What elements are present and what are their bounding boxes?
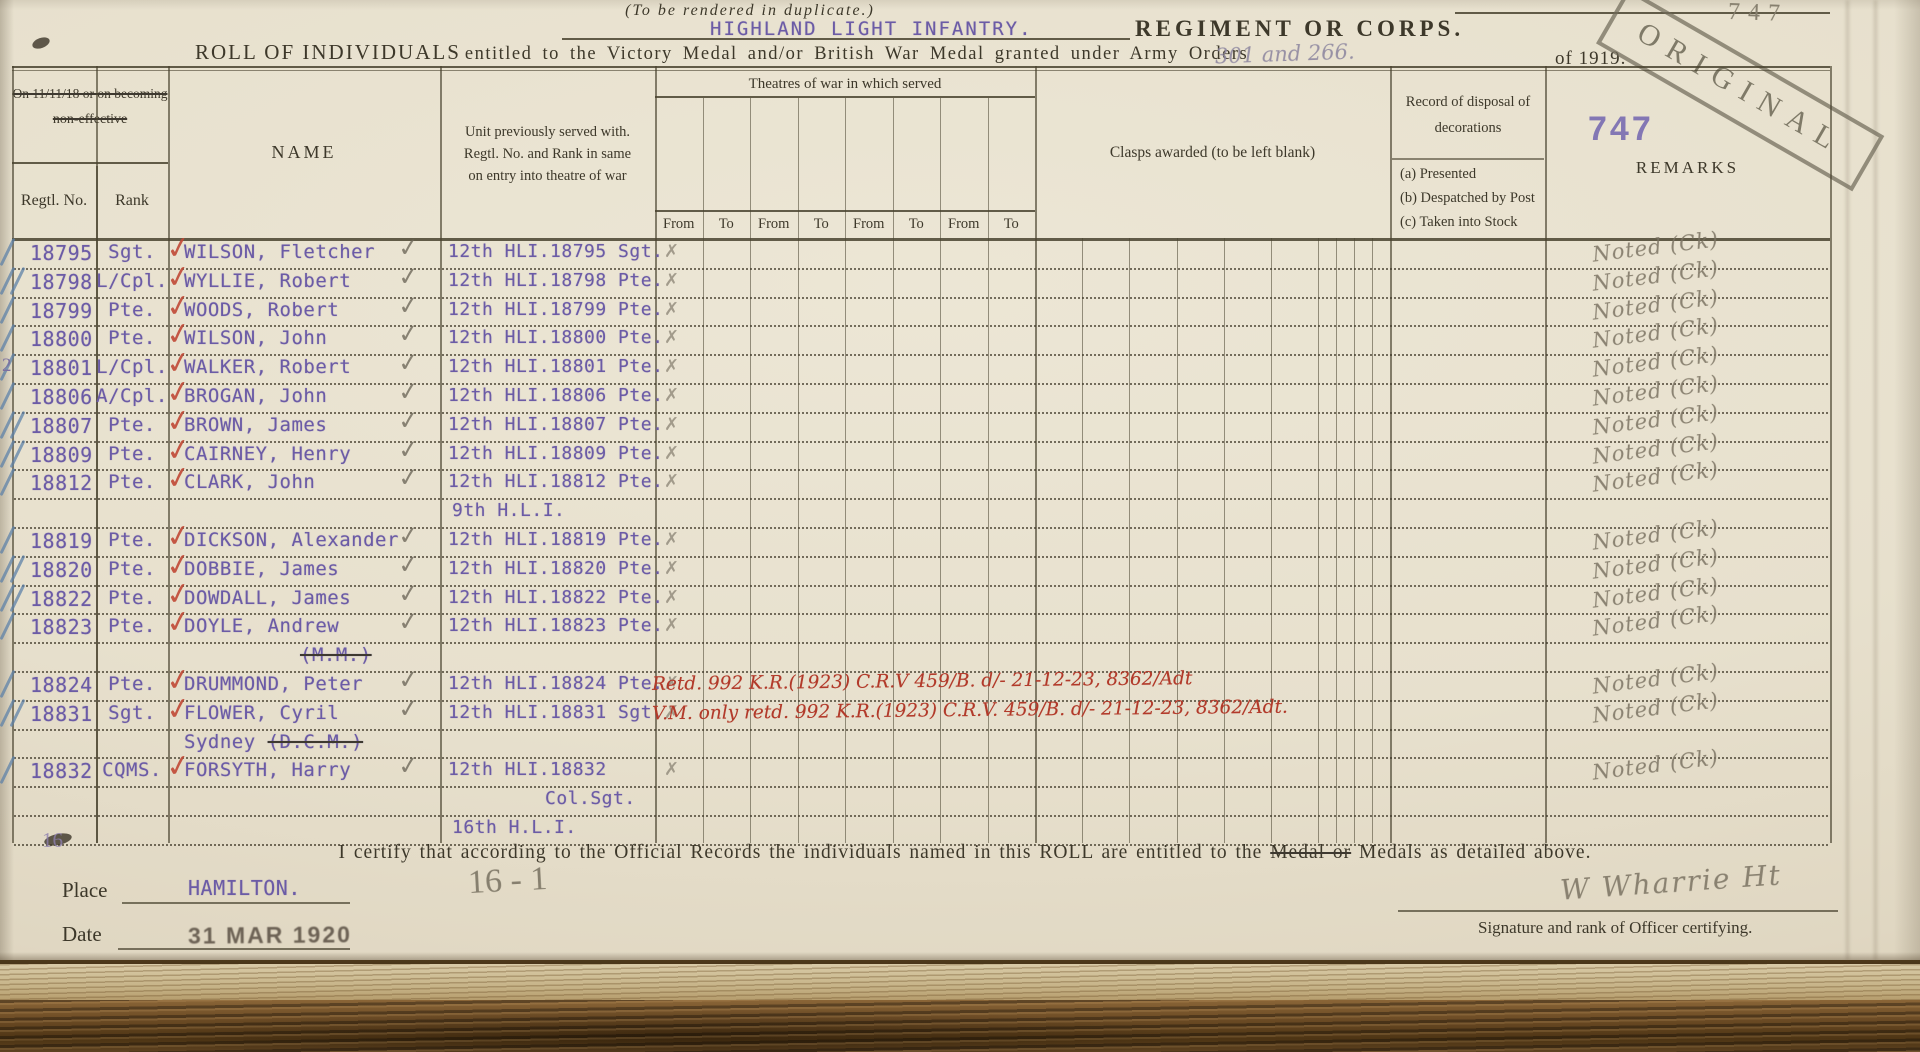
signature-underline	[1398, 910, 1838, 912]
col-name: NAME	[168, 142, 440, 163]
rule	[12, 70, 1830, 71]
unit-cell: 12th HLI.18832	[448, 759, 607, 780]
table-row: 18806A/Cpl.✓BROGAN, John✓✗12th HLI.18806…	[0, 383, 1920, 412]
col-to: To	[798, 216, 846, 233]
regtl-no-cell: 18820	[30, 558, 93, 582]
army-orders-handwritten: 301 and 266.	[1215, 40, 1355, 69]
regtl-no-cell: 18819	[30, 529, 93, 553]
rank-cell: CQMS.	[96, 759, 168, 781]
theatre-x-mark: ✗	[664, 241, 679, 262]
pencil-check-mark: ✓	[397, 606, 421, 637]
name-cell: CLARK, John	[184, 471, 315, 493]
col-record-line2: decorations	[1392, 120, 1544, 137]
rank-cell: Pte.	[96, 443, 168, 465]
table-row: 18799Pte.✓WOODS, Robert✓✗12th HLI.18799 …	[0, 297, 1920, 326]
roll-title-lead: ROLL OF INDIVIDUALS	[195, 40, 461, 64]
margin-pencil-mark: 2	[2, 355, 12, 377]
rank-cell: Pte.	[96, 471, 168, 493]
pencil-check-mark: ✓	[397, 434, 421, 465]
name-cell: CAIRNEY, Henry	[184, 443, 351, 465]
theatre-x-mark: ✗	[664, 558, 679, 579]
roll-title-rest: entitled to the Victory Medal and/or Bri…	[465, 44, 1248, 64]
col-to: To	[703, 216, 751, 233]
table-row: (M.M.)	[0, 642, 1920, 671]
unit-cell: 12th HLI.18824 Pte.	[448, 673, 663, 694]
pencil-check-mark: ✓	[397, 318, 421, 349]
regtl-no-cell: 18795	[30, 241, 93, 265]
name-cell: WALKER, Robert	[184, 356, 351, 378]
col-to: To	[893, 216, 941, 233]
col-unit-line3: on entry into theatre of war	[440, 168, 655, 185]
unit-cell: 12th HLI.18822 Pte.	[448, 587, 663, 608]
pencil-check-mark: ✓	[397, 520, 421, 551]
regtl-no-cell: 18823	[30, 615, 93, 639]
theatre-x-mark: ✗	[664, 385, 679, 406]
margin-tick	[0, 468, 15, 496]
place-value: HAMILTON.	[188, 876, 301, 900]
pencil-check-mark: ✓	[397, 376, 421, 407]
regtl-no-cell: 18809	[30, 443, 93, 467]
roll-title: ROLL OF INDIVIDUALS entitled to the Vict…	[195, 40, 1248, 65]
table-row: 18812Pte.✓CLARK, John✓✗12th HLI.18812 Pt…	[0, 469, 1920, 498]
rank-cell: Pte.	[96, 673, 168, 695]
theatre-x-mark: ✗	[664, 529, 679, 550]
pencil-check-mark: ✓	[397, 347, 421, 378]
table-row: 18795Sgt.✓WILSON, Fletcher✓✗12th HLI.187…	[0, 239, 1920, 268]
table-row: 18809Pte.✓CAIRNEY, Henry✓✗12th HLI.18809…	[0, 441, 1920, 470]
col-from: From	[655, 216, 703, 233]
page-number-stamp: 747	[1588, 110, 1654, 149]
col-effective-group-line1: On 11/11/18 or on becoming	[12, 86, 168, 102]
table-row: 18820Pte.✓DOBBIE, James✓✗12th HLI.18820 …	[0, 556, 1920, 585]
theatre-x-mark: ✗	[664, 443, 679, 464]
date-stamp: 31 MAR 1920	[188, 921, 352, 949]
theatre-x-mark: ✗	[664, 414, 679, 435]
table-row: 18832CQMS.✓FORSYTH, Harry✓✗12th HLI.1883…	[0, 757, 1920, 786]
rule	[1392, 158, 1544, 160]
unit-cell: 12th HLI.18823 Pte.	[448, 615, 663, 636]
col-regtl-no: Regtl. No.	[12, 192, 96, 210]
theatre-x-mark: ✗	[664, 587, 679, 608]
page-number-pencil: 747	[1728, 0, 1789, 28]
unit-cell: 12th HLI.18807 Pte.	[448, 414, 663, 435]
rank-cell: Pte.	[96, 587, 168, 609]
table-row: 18824Pte.✓DRUMMOND, Peter✓✗12th HLI.1882…	[0, 671, 1920, 700]
margin-pencil-number: 16	[42, 828, 63, 853]
regtl-no-cell: 18832	[30, 759, 93, 783]
table-row: 18798L/Cpl.✓WYLLIE, Robert✓✗12th HLI.187…	[0, 268, 1920, 297]
theatre-x-mark: ✗	[664, 759, 679, 780]
pencil-check-mark: ✓	[397, 549, 421, 580]
desk-wood-edge	[0, 1000, 1920, 1052]
table-row: 9th H.L.I.	[0, 498, 1920, 527]
col-clasps: Clasps awarded (to be left blank)	[1035, 144, 1390, 162]
book-page-edges	[0, 964, 1920, 1002]
medal-roll-document: (To be rendered in duplicate.) HIGHLAND …	[0, 0, 1920, 1052]
rule	[12, 66, 1830, 68]
margin-tick	[0, 382, 15, 410]
name-cell: WYLLIE, Robert	[184, 270, 351, 292]
name-cell: FORSYTH, Harry	[184, 759, 351, 781]
rank-cell: Pte.	[96, 414, 168, 436]
table-row: 18831Sgt.✓FLOWER, Cyril✓✗12th HLI.18831 …	[0, 700, 1920, 729]
table-row: 18819Pte.✓DICKSON, Alexander✓✗12th HLI.1…	[0, 527, 1920, 556]
unit-cell: 16th H.L.I.	[452, 817, 577, 838]
col-theatres: Theatres of war in which served	[655, 76, 1035, 93]
unit-cell: 12th HLI.18831 Sgt.	[448, 702, 663, 723]
name-cell: DICKSON, Alexander	[184, 529, 399, 551]
regtl-no-cell: 18798	[30, 270, 93, 294]
margin-tick	[0, 670, 15, 698]
unit-cell: 12th HLI.18799 Pte.	[448, 299, 663, 320]
red-ink-annotation: V.M. only retd. 992 K.R.(1923) C.R.V. 45…	[652, 696, 1288, 724]
name-cell: DOWDALL, James	[184, 587, 351, 609]
regtl-no-cell: 18801	[30, 356, 93, 380]
unit-cell: 12th HLI.18795 Sgt.	[448, 241, 663, 262]
name-cell: Sydney (D.C.M.)	[184, 731, 363, 753]
pencil-check-mark: ✓	[397, 750, 421, 781]
col-from: From	[845, 216, 893, 233]
regtl-no-cell: 18806	[30, 385, 93, 409]
rank-cell: Sgt.	[96, 702, 168, 724]
pencil-check-mark: ✓	[397, 578, 421, 609]
place-label: Place	[62, 878, 107, 903]
rank-cell: Sgt.	[96, 241, 168, 263]
theatre-x-mark: ✗	[664, 356, 679, 377]
pencil-check-mark: ✓	[397, 462, 421, 493]
regtl-no-cell: 18824	[30, 673, 93, 697]
regiment-name-typed: HIGHLAND LIGHT INFANTRY.	[710, 18, 1033, 40]
rank-cell: Pte.	[96, 299, 168, 321]
col-unit-line2: Regtl. No. and Rank in same	[440, 146, 655, 163]
margin-tick	[0, 526, 15, 554]
rank-cell: Pte.	[96, 529, 168, 551]
pencil-check-mark: ✓	[397, 232, 421, 263]
unit-cell: 12th HLI.18806 Pte.	[448, 385, 663, 406]
unit-cell: 12th HLI.18800 Pte.	[448, 327, 663, 348]
table-row: 218801L/Cpl.✓WALKER, Robert✓✗12th HLI.18…	[0, 354, 1920, 383]
pencil-check-mark: ✓	[397, 664, 421, 695]
unit-cell: 12th HLI.18798 Pte.	[448, 270, 663, 291]
table-row: Col.Sgt.	[0, 786, 1920, 815]
margin-tick	[0, 238, 15, 266]
col-to: To	[988, 216, 1036, 233]
col-rank: Rank	[96, 192, 168, 210]
regtl-no-cell: 18831	[30, 702, 93, 726]
pencil-check-mark: ✓	[397, 405, 421, 436]
pencil-check-mark: ✓	[397, 261, 421, 292]
table-row: 18800Pte.✓WILSON, John✓✗12th HLI.18800 P…	[0, 325, 1920, 354]
margin-tick	[0, 756, 15, 784]
pencil-check-mark: ✓	[397, 290, 421, 321]
theatre-x-mark: ✗	[664, 471, 679, 492]
name-cell: BROWN, James	[184, 414, 327, 436]
unit-cell: 12th HLI.18820 Pte.	[448, 558, 663, 579]
rank-cell: Pte.	[96, 327, 168, 349]
table-row: 16th H.L.I.	[0, 815, 1920, 844]
name-cell: WOODS, Robert	[184, 299, 339, 321]
unit-cell: Col.Sgt.	[545, 788, 636, 809]
table-row: 18807Pte.✓BROWN, James✓✗12th HLI.18807 P…	[0, 412, 1920, 441]
name-cell: FLOWER, Cyril	[184, 702, 339, 724]
pencil-check-mark: ✓	[397, 693, 421, 724]
name-cell: DRUMMOND, Peter	[184, 673, 363, 695]
col-from: From	[940, 216, 988, 233]
name-cell: BROGAN, John	[184, 385, 327, 407]
theatre-x-mark: ✗	[664, 270, 679, 291]
name-cell: DOYLE, Andrew	[184, 615, 339, 637]
unit-cell: 12th HLI.18812 Pte.	[448, 471, 663, 492]
signature-caption: Signature and rank of Officer certifying…	[1478, 918, 1752, 938]
regtl-no-cell: 18822	[30, 587, 93, 611]
regtl-no-cell: 18799	[30, 299, 93, 323]
theatre-x-mark: ✗	[664, 327, 679, 348]
col-record-line1: Record of disposal of	[1392, 94, 1544, 111]
table-row: 18823Pte.✓DOYLE, Andrew✓✗12th HLI.18823 …	[0, 613, 1920, 642]
record-item-a: (a) Presented	[1400, 166, 1476, 183]
rank-cell: Pte.	[96, 558, 168, 580]
unit-cell: 12th HLI.18819 Pte.	[448, 529, 663, 550]
name-cell: WILSON, Fletcher	[184, 241, 375, 263]
record-item-c: (c) Taken into Stock	[1400, 214, 1518, 231]
rule	[12, 162, 168, 164]
margin-tick	[0, 612, 15, 640]
margin-tick	[0, 324, 15, 352]
name-cell: WILSON, John	[184, 327, 327, 349]
red-ink-annotation: Retd. 992 K.R.(1923) C.R.V 459/B. d/- 21…	[652, 668, 1193, 695]
unit-cell: 12th HLI.18809 Pte.	[448, 443, 663, 464]
col-effective-group-line2: non-effective	[12, 112, 168, 128]
margin-tick	[0, 295, 15, 323]
table-row: 18822Pte.✓DOWDALL, James✓✗12th HLI.18822…	[0, 585, 1920, 614]
unit-cell: 12th HLI.18801 Pte.	[448, 356, 663, 377]
rank-cell: A/Cpl.	[96, 385, 168, 407]
col-from: From	[750, 216, 798, 233]
regtl-no-cell: 18800	[30, 327, 93, 351]
unit-cell: 9th H.L.I.	[452, 500, 565, 521]
table-row: Sydney (D.C.M.)	[0, 729, 1920, 758]
theatre-x-mark: ✗	[664, 299, 679, 320]
rank-cell: L/Cpl.	[96, 270, 168, 292]
regtl-no-cell: 18807	[30, 414, 93, 438]
date-label: Date	[62, 922, 102, 947]
col-remarks: REMARKS	[1545, 158, 1830, 178]
record-item-b: (b) Despatched by Post	[1400, 190, 1535, 207]
name-cell: DOBBIE, James	[184, 558, 339, 580]
place-underline	[122, 902, 350, 904]
theatre-x-mark: ✗	[664, 615, 679, 636]
name-cell: (M.M.)	[300, 644, 372, 666]
col-unit-line1: Unit previously served with.	[440, 124, 655, 141]
rank-cell: L/Cpl.	[96, 356, 168, 378]
rank-cell: Pte.	[96, 615, 168, 637]
pencil-note: 16 - 1	[467, 860, 548, 902]
regiment-label: REGIMENT OR CORPS.	[1135, 16, 1464, 42]
regtl-no-cell: 18812	[30, 471, 93, 495]
